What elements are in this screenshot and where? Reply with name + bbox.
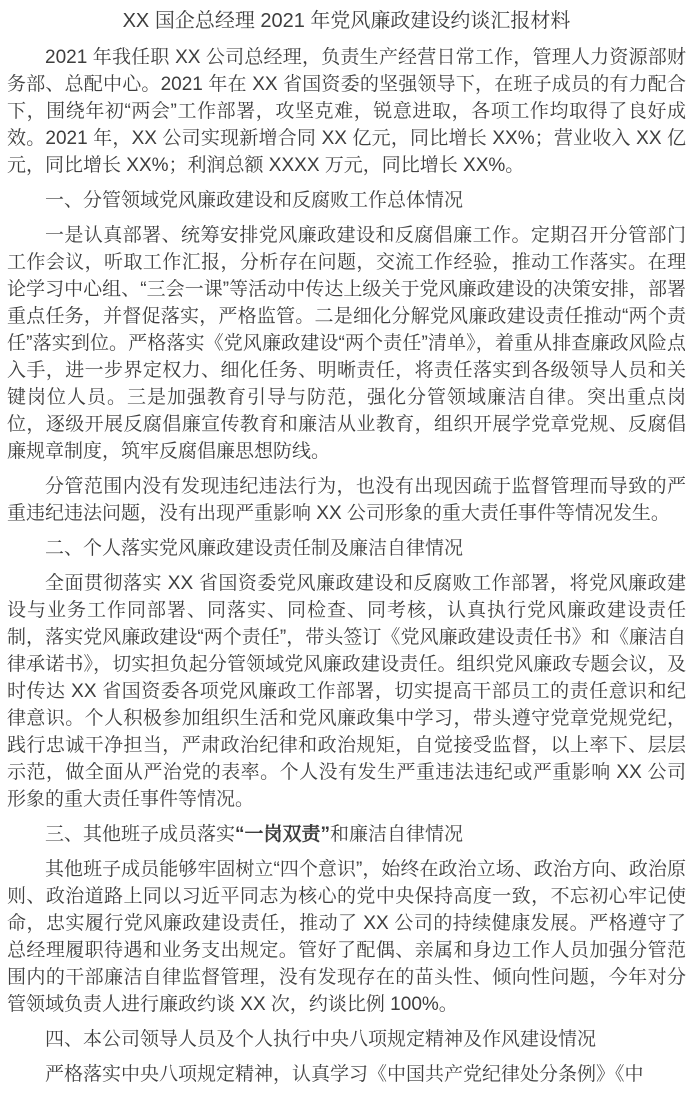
section1-paragraph-2: 分管范围内没有发现违纪违法行为，也没有出现因疏于监督管理而导致的严重违纪违法问题…: [7, 473, 686, 527]
section3-paragraph-1: 其他班子成员能够牢固树立“四个意识”，始终在政治立场、政治方向、政治原则、政治道…: [7, 856, 686, 1018]
section-heading-3-suffix: 和廉洁自律情况: [330, 824, 463, 845]
document-title: XX 国企总经理 2021 年党风廉政建设约谈汇报材料: [7, 6, 686, 36]
section1-paragraph-1: 一是认真部署、统筹安排党风廉政建设和反腐倡廉工作。定期召开分管部门工作会议，听取…: [7, 222, 686, 465]
section4-paragraph-1-truncated: 严格落实中央八项规定精神，认真学习《中国共产党纪律处分条例》《中: [7, 1061, 686, 1088]
document-page: XX 国企总经理 2021 年党风廉政建设约谈汇报材料 2021 年我任职 XX…: [0, 0, 693, 1097]
intro-paragraph: 2021 年我任职 XX 公司总经理，负责生产经营日常工作，管理人力资源部财务部…: [7, 44, 686, 179]
section-heading-2: 二、个人落实党风廉政建设责任制及廉洁自律情况: [7, 535, 686, 562]
section-heading-4: 四、本公司领导人员及个人执行中央八项规定精神及作风建设情况: [7, 1026, 686, 1053]
section-heading-3: 三、其他班子成员落实“一岗双责”和廉洁自律情况: [7, 821, 686, 848]
section2-paragraph-1: 全面贯彻落实 XX 省国资委党风廉政建设和反腐败工作部署，将党风廉政建设与业务工…: [7, 570, 686, 813]
section-heading-3-prefix: 三、其他班子成员落实: [45, 824, 235, 845]
section-heading-3-emphasis: “一岗双责”: [235, 824, 330, 845]
section-heading-1: 一、分管领域党风廉政建设和反腐败工作总体情况: [7, 187, 686, 214]
